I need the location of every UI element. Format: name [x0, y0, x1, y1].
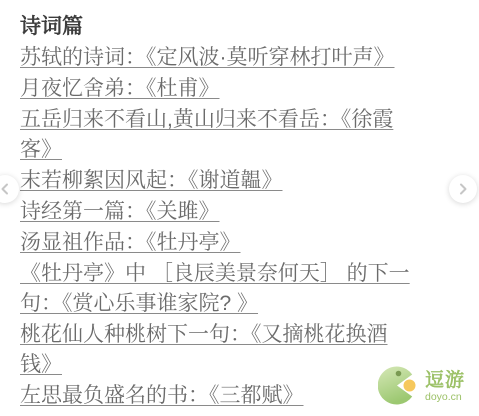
quiz-answer-link-4[interactable]: 末若柳絮因风起：《谢道韞》 [20, 166, 465, 196]
doyo-watermark: 逗游 doyo.cn [378, 365, 465, 406]
doyo-brand-name: 逗游 [425, 371, 465, 390]
quiz-answer-link-1[interactable]: 苏轼的诗词：《定风波·莫听穿林打叶声》 [20, 43, 465, 73]
chevron-right-icon [456, 182, 470, 196]
carousel-next-button[interactable] [449, 175, 477, 203]
quiz-content: 诗词篇 苏轼的诗词：《定风波·莫听穿林打叶声》 月夜忆舍弟：《杜甫》 五岳归来不… [0, 0, 479, 411]
quiz-guide-page: 诗词篇 苏轼的诗词：《定风波·莫听穿林打叶声》 月夜忆舍弟：《杜甫》 五岳归来不… [0, 0, 479, 416]
quiz-answer-link-2[interactable]: 月夜忆舍弟：《杜甫》 [20, 74, 465, 104]
quiz-answer-link-3[interactable]: 五岳归来不看山,黄山归来不看岳：《徐霞 客》 [20, 105, 465, 165]
doyo-domain: doyo.cn [425, 391, 465, 403]
page-title: 诗词篇 [20, 12, 465, 42]
quiz-answer-link-7[interactable]: 《牡丹亭》中 ［良辰美景奈何天］ 的下一 句：《赏心乐事谁家院? 》 [20, 259, 465, 319]
doyo-pacman-icon [378, 365, 418, 406]
doyo-watermark-text: 逗游 doyo.cn [425, 365, 465, 403]
quiz-answer-link-5[interactable]: 诗经第一篇：《关雎》 [20, 197, 465, 227]
chevron-left-icon [0, 182, 12, 196]
quiz-answer-link-6[interactable]: 汤显祖作品：《牡丹亭》 [20, 228, 465, 258]
